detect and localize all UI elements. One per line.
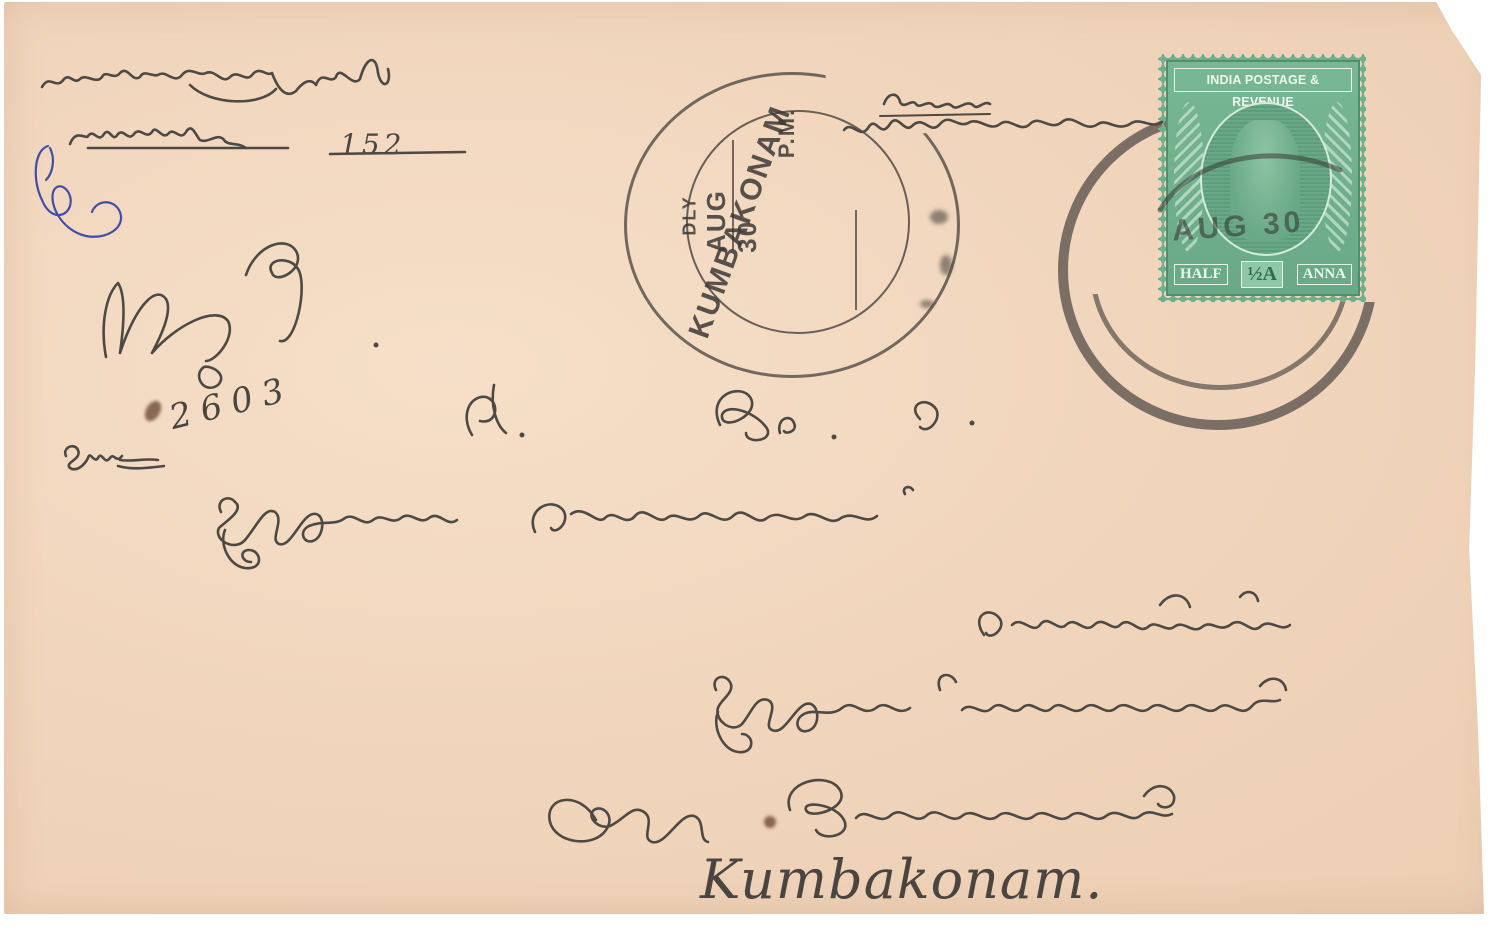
underline	[330, 150, 470, 160]
handwriting-left-symbol	[96, 225, 396, 395]
address-city: Kumbakonam.	[700, 848, 1103, 911]
address-line2	[205, 470, 1225, 580]
stamp-right-word: ANNA	[1297, 264, 1352, 285]
stamp-cancel-arc	[1150, 140, 1350, 220]
stamp-left-word: HALF	[1174, 264, 1228, 285]
postmark-time: P.M.	[774, 108, 800, 158]
foxing-spot	[764, 816, 776, 828]
address-line1	[450, 375, 1090, 465]
stamp-header: INDIA POSTAGE & REVENUE	[1174, 68, 1352, 92]
handwriting-top-line1	[40, 55, 400, 115]
address-line4	[700, 660, 1340, 770]
handwriting-above-stamp	[840, 100, 1170, 150]
postmark-type: DLY	[680, 195, 701, 235]
address-line5	[540, 760, 1260, 860]
stamp-value: ½A	[1241, 261, 1282, 288]
address-line3	[960, 585, 1310, 655]
reference-prefix	[60, 428, 170, 478]
